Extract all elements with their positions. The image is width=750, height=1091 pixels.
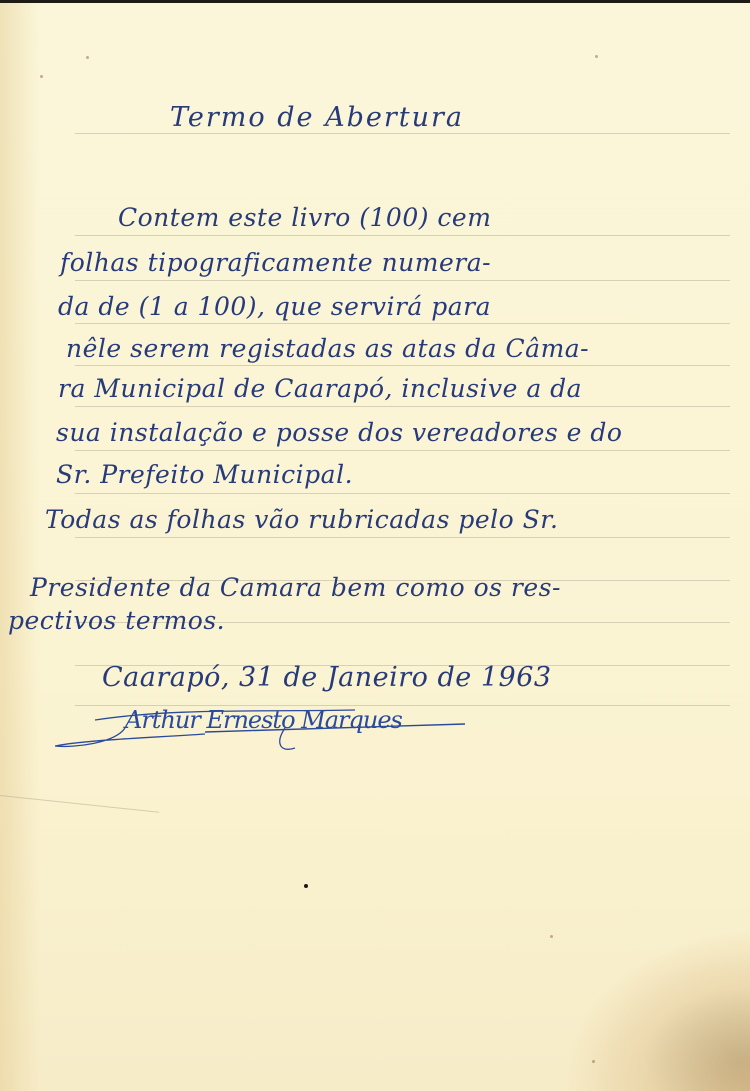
ruled-line xyxy=(75,365,730,366)
scan-edge-strip xyxy=(0,0,750,3)
paper-speck xyxy=(550,935,553,938)
body-line: pectivos termos. xyxy=(8,606,225,635)
place-and-date: Caarapó, 31 de Janeiro de 1963 xyxy=(102,662,552,693)
body-line: nêle serem registadas as atas da Câma- xyxy=(66,334,589,363)
body-line: Todas as folhas vão rubricadas pelo Sr. xyxy=(45,505,558,534)
ruled-line xyxy=(75,406,730,407)
ruled-line xyxy=(75,280,730,281)
signature: Arthur Ernesto Marques xyxy=(55,698,475,758)
body-line: da de (1 a 100), que servirá para xyxy=(58,292,491,321)
ruled-line xyxy=(75,235,730,236)
paper-speck xyxy=(595,55,598,58)
paper-speck xyxy=(592,1060,595,1063)
ruled-line xyxy=(75,537,730,538)
body-line: Contem este livro (100) cem xyxy=(118,203,491,232)
ruled-line xyxy=(75,323,730,324)
body-line: Presidente da Camara bem como os res- xyxy=(30,573,561,602)
document-title: Termo de Abertura xyxy=(170,102,464,133)
ruled-line xyxy=(75,133,730,134)
ruled-line xyxy=(75,450,730,451)
paper-speck xyxy=(40,75,43,78)
ruled-line xyxy=(75,493,730,494)
body-line: folhas tipograficamente numera- xyxy=(60,248,491,277)
body-line: Sr. Prefeito Municipal. xyxy=(56,460,353,489)
signature-name: Arthur Ernesto Marques xyxy=(125,706,402,734)
ink-dot xyxy=(304,884,308,888)
body-line: ra Municipal de Caarapó, inclusive a da xyxy=(58,374,582,403)
body-line: sua instalação e posse dos vereadores e … xyxy=(56,418,622,447)
scanned-page: Termo de Abertura Contem este livro (100… xyxy=(0,0,750,1091)
paper-speck xyxy=(86,56,89,59)
paper-crease xyxy=(0,795,159,813)
